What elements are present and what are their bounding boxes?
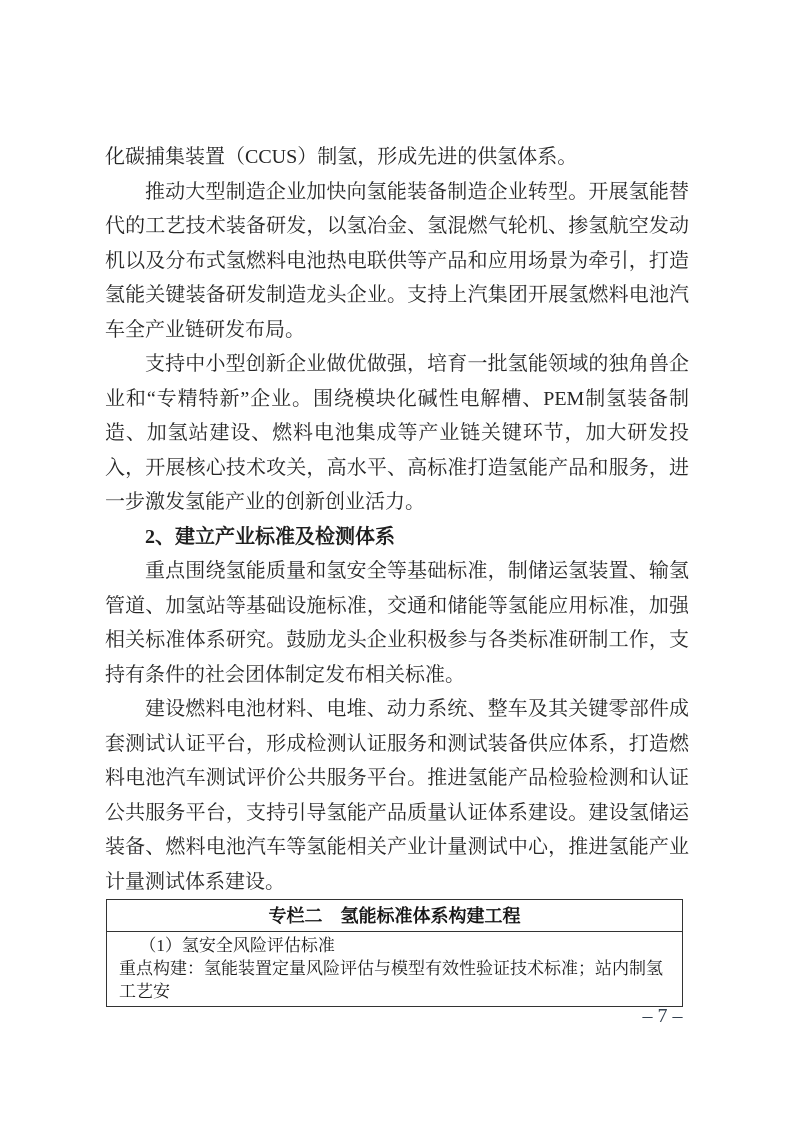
section-heading-standards-system: 2、建立产业标准及检测体系 [105, 520, 689, 555]
callout-item-1-detail: 重点构建：氢能装置定量风险评估与模型有效性验证技术标准；站内制氢工艺安 [119, 957, 670, 1003]
callout-box-hydrogen-standards: 专栏二 氢能标准体系构建工程 （1）氢安全风险评估标准 重点构建：氢能装置定量风… [106, 899, 683, 1007]
document-page: 化碳捕集装置（CCUS）制氢，形成先进的供氢体系。 推动大型制造企业加快向氢能装… [0, 0, 794, 1123]
page-number: – 7 – [610, 1005, 715, 1028]
paragraph-ccus-supply-system: 化碳捕集装置（CCUS）制氢，形成先进的供氢体系。 [105, 140, 689, 175]
paragraph-standards-research: 重点围绕氢能质量和氢安全等基础标准，制储运氢装置、输氢管道、加氢站等基础设施标准… [105, 554, 689, 692]
document-content: 化碳捕集装置（CCUS）制氢，形成先进的供氢体系。 推动大型制造企业加快向氢能装… [105, 140, 689, 1007]
paragraph-testing-certification: 建设燃料电池材料、电堆、动力系统、整车及其关键零部件成套测试认证平台，形成检测认… [105, 692, 689, 899]
callout-item-1-title: （1）氢安全风险评估标准 [119, 934, 670, 957]
callout-box-title: 专栏二 氢能标准体系构建工程 [107, 900, 683, 932]
paragraph-sme-innovation: 支持中小型创新企业做优做强，培育一批氢能领域的独角兽企业和“专精特新”企业。围绕… [105, 347, 689, 520]
callout-box-body: （1）氢安全风险评估标准 重点构建：氢能装置定量风险评估与模型有效性验证技术标准… [107, 932, 683, 1007]
paragraph-equipment-transformation: 推动大型制造企业加快向氢能装备制造企业转型。开展氢能替代的工艺技术装备研发，以氢… [105, 175, 689, 348]
